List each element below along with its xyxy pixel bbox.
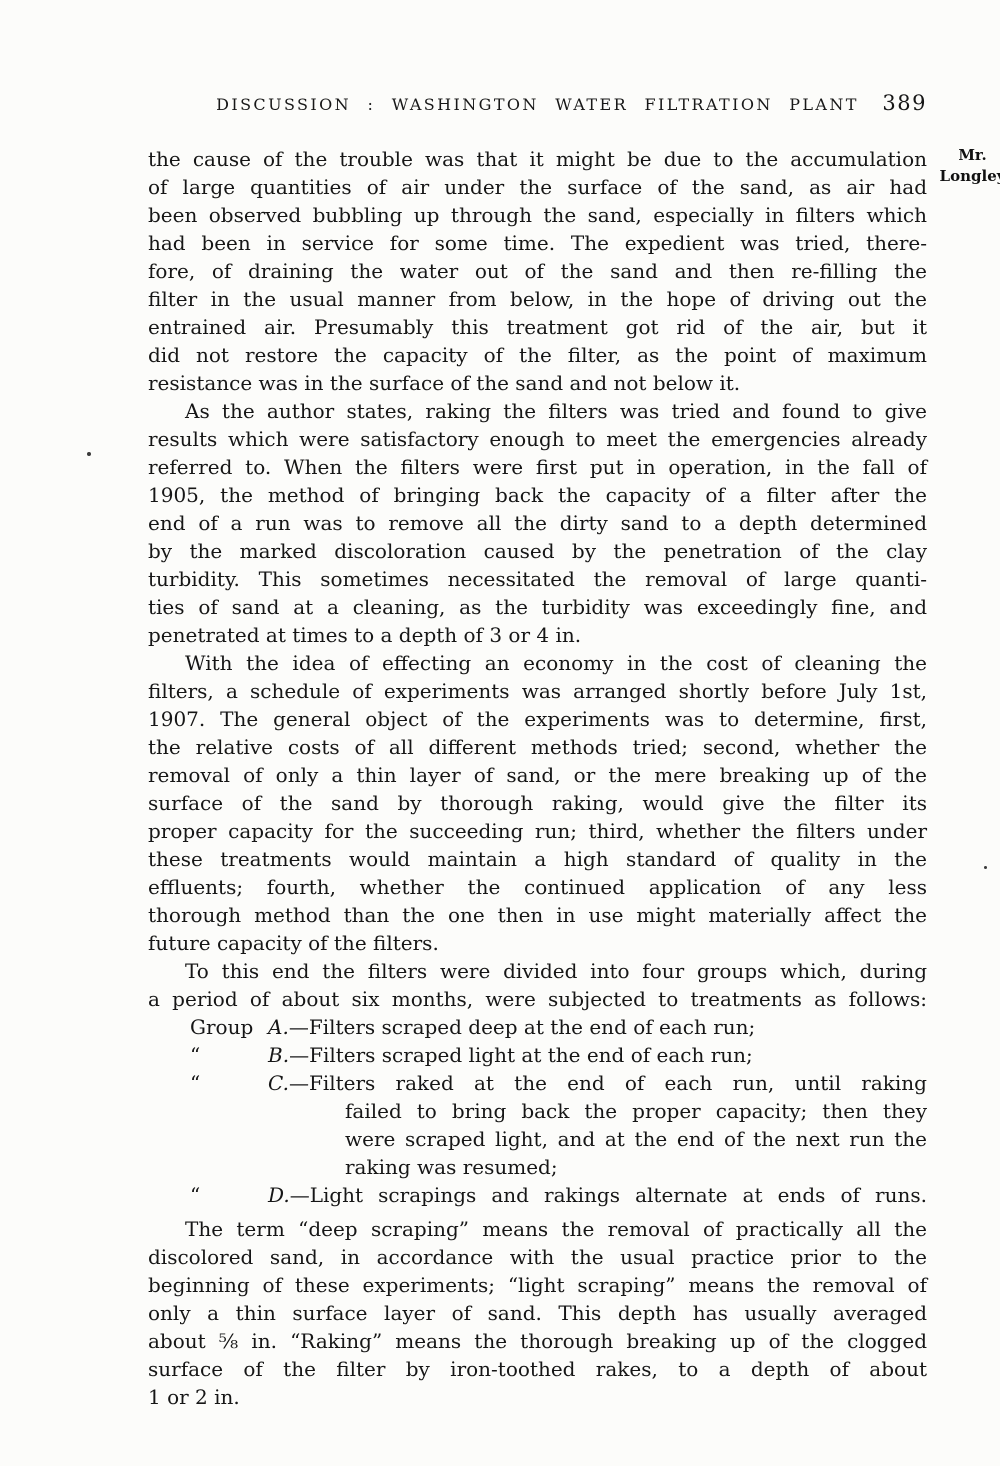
ditto-mark: “ bbox=[190, 1041, 256, 1069]
text-line: filter in the usual manner from below, i… bbox=[148, 285, 927, 313]
speaker-prefix: Mr. bbox=[930, 145, 1000, 166]
scan-artifact-dot bbox=[984, 866, 987, 869]
text-line: surface of the sand by thorough raking, … bbox=[148, 789, 927, 817]
list-item-group-word: Group bbox=[190, 1013, 256, 1041]
paragraph: The term “deep scraping” means the remov… bbox=[148, 1215, 927, 1411]
paragraph: To this end the filters were divided int… bbox=[148, 957, 927, 1013]
list-item-text: —Filters raked at the end of each run, u… bbox=[289, 1071, 927, 1095]
list-item: GroupA.—Filters scraped deep at the end … bbox=[148, 1013, 927, 1041]
text-line: the cause of the trouble was that it mig… bbox=[148, 145, 927, 173]
treatment-group-list: GroupA.—Filters scraped deep at the end … bbox=[148, 1013, 927, 1209]
text-line: penetrated at times to a depth of 3 or 4… bbox=[148, 621, 927, 649]
text-line: discolored sand, in accordance with the … bbox=[148, 1243, 927, 1271]
paragraph: the cause of the trouble was that it mig… bbox=[148, 145, 927, 397]
list-item-text: —Filters scraped light at the end of eac… bbox=[289, 1043, 753, 1067]
text-column: the cause of the trouble was that it mig… bbox=[148, 145, 927, 1411]
text-line: To this end the filters were divided int… bbox=[148, 957, 927, 985]
list-item-letter: D. bbox=[268, 1183, 290, 1207]
text-line: of large quantities of air under the sur… bbox=[148, 173, 927, 201]
text-line: ties of sand at a cleaning, as the turbi… bbox=[148, 593, 927, 621]
text-line: these treatments would maintain a high s… bbox=[148, 845, 927, 873]
text-line: turbidity. This sometimes necessitated t… bbox=[148, 565, 927, 593]
list-item: “C.—Filters raked at the end of each run… bbox=[148, 1069, 927, 1097]
text-line: thorough method than the one then in use… bbox=[148, 901, 927, 929]
text-line: beginning of these experiments; “light s… bbox=[148, 1271, 927, 1299]
text-line: had been in service for some time. The e… bbox=[148, 229, 927, 257]
text-line: resistance was in the surface of the san… bbox=[148, 369, 927, 397]
text-line: filters, a schedule of experiments was a… bbox=[148, 677, 927, 705]
list-item-wrapped-line: raking was resumed; bbox=[148, 1153, 927, 1181]
text-line: 1907. The general object of the experime… bbox=[148, 705, 927, 733]
text-line: 1905, the method of bringing back the ca… bbox=[148, 481, 927, 509]
text-line: been observed bubbling up through the sa… bbox=[148, 201, 927, 229]
text-line: a period of about six months, were subje… bbox=[148, 985, 927, 1013]
list-item-text: —Filters scraped deep at the end of each… bbox=[289, 1015, 755, 1039]
list-item-text: —Light scrapings and rakings alternate a… bbox=[290, 1183, 927, 1207]
speaker-name: Longley bbox=[930, 166, 1000, 187]
list-item-wrapped-line: failed to bring back the proper capacity… bbox=[148, 1097, 927, 1125]
text-line: As the author states, raking the filters… bbox=[148, 397, 927, 425]
text-line: future capacity of the filters. bbox=[148, 929, 927, 957]
list-item: “B.—Filters scraped light at the end of … bbox=[148, 1041, 927, 1069]
text-line: proper capacity for the succeeding run; … bbox=[148, 817, 927, 845]
text-line: 1 or 2 in. bbox=[148, 1383, 927, 1411]
text-line: end of a run was to remove all the dirty… bbox=[148, 509, 927, 537]
speaker-margin-note: Mr. Longley bbox=[930, 145, 1000, 187]
page-number: 389 bbox=[882, 91, 927, 115]
list-item: “D.—Light scrapings and rakings alternat… bbox=[148, 1181, 927, 1209]
scan-artifact-dot bbox=[87, 452, 91, 456]
text-line: referred to. When the filters were first… bbox=[148, 453, 927, 481]
page-title: DISCUSSION : WASHINGTON WATER FILTRATION… bbox=[148, 95, 927, 114]
text-line: about ⅝ in. “Raking” means the thorough … bbox=[148, 1327, 927, 1355]
text-line: With the idea of effecting an economy in… bbox=[148, 649, 927, 677]
text-line: by the marked discoloration caused by th… bbox=[148, 537, 927, 565]
ditto-mark: “ bbox=[190, 1069, 256, 1097]
list-item-letter: A. bbox=[268, 1015, 289, 1039]
paragraph: With the idea of effecting an economy in… bbox=[148, 649, 927, 957]
text-line: entrained air. Presumably this treatment… bbox=[148, 313, 927, 341]
text-line: results which were satisfactory enough t… bbox=[148, 425, 927, 453]
ditto-mark: “ bbox=[190, 1181, 256, 1209]
list-item-wrapped-line: were scraped light, and at the end of th… bbox=[148, 1125, 927, 1153]
list-item-letter: C. bbox=[268, 1071, 289, 1095]
text-line: effluents; fourth, whether the continued… bbox=[148, 873, 927, 901]
text-line: surface of the filter by iron-toothed ra… bbox=[148, 1355, 927, 1383]
text-line: the relative costs of all different meth… bbox=[148, 733, 927, 761]
text-line: did not restore the capacity of the filt… bbox=[148, 341, 927, 369]
running-head: DISCUSSION : WASHINGTON WATER FILTRATION… bbox=[148, 95, 927, 121]
text-line: removal of only a thin layer of sand, or… bbox=[148, 761, 927, 789]
text-line: only a thin surface layer of sand. This … bbox=[148, 1299, 927, 1327]
list-item-letter: B. bbox=[268, 1043, 289, 1067]
text-line: The term “deep scraping” means the remov… bbox=[148, 1215, 927, 1243]
text-line: fore, of draining the water out of the s… bbox=[148, 257, 927, 285]
paragraph: As the author states, raking the filters… bbox=[148, 397, 927, 649]
scanned-book-page: DISCUSSION : WASHINGTON WATER FILTRATION… bbox=[0, 0, 1000, 1466]
